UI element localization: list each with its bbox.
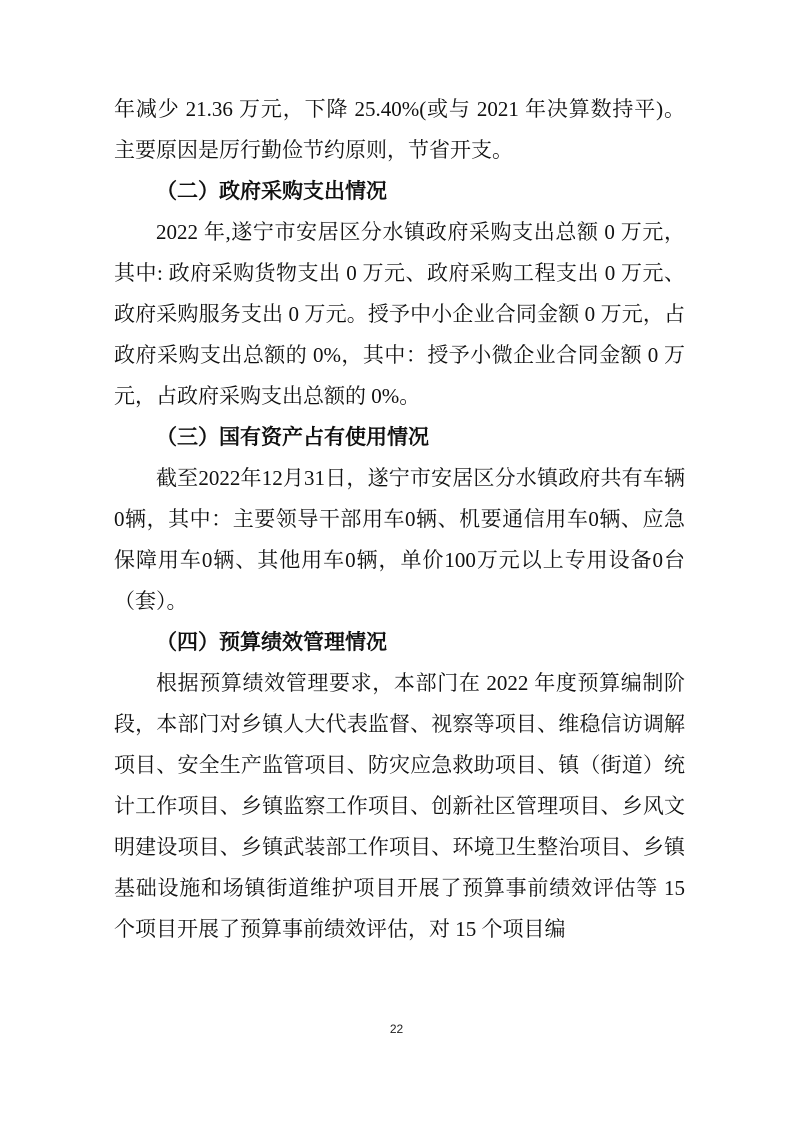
- paragraph-budget-performance: 根据预算绩效管理要求，本部门在 2022 年度预算编制阶段，本部门对乡镇人大代表…: [114, 663, 685, 950]
- paragraph-continuation-expense-decrease: 年减少 21.36 万元，下降 25.40%(或与 2021 年决算数持平)。主…: [114, 89, 685, 171]
- document-content: 年减少 21.36 万元，下降 25.40%(或与 2021 年决算数持平)。主…: [114, 89, 685, 950]
- section-heading-budget-performance: （四）预算绩效管理情况: [114, 622, 685, 663]
- paragraph-government-procurement: 2022 年,遂宁市安居区分水镇政府采购支出总额 0 万元，其中: 政府采购货物…: [114, 212, 685, 417]
- page-number: 22: [0, 1022, 793, 1036]
- section-heading-state-owned-assets: （三）国有资产占有使用情况: [114, 417, 685, 458]
- section-heading-government-procurement: （二）政府采购支出情况: [114, 171, 685, 212]
- document-page: 年减少 21.36 万元，下降 25.40%(或与 2021 年决算数持平)。主…: [0, 0, 793, 1122]
- paragraph-state-owned-assets: 截至2022年12月31日，遂宁市安居区分水镇政府共有车辆0辆，其中：主要领导干…: [114, 458, 685, 622]
